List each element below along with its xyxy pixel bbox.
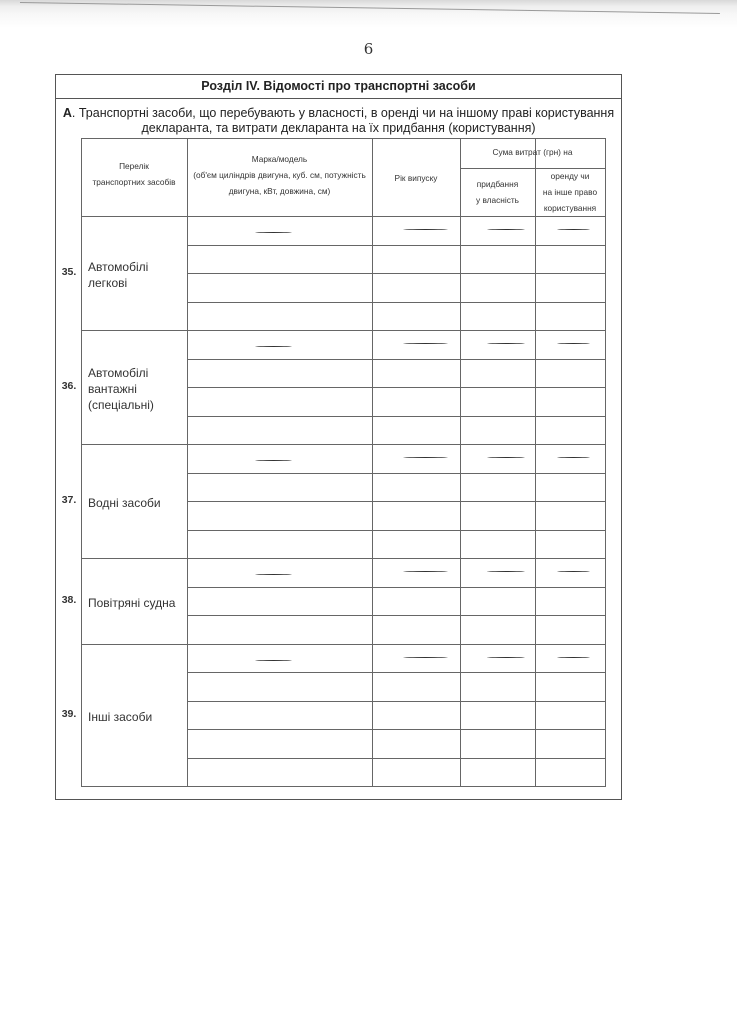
row-category-label: Інші засоби <box>88 709 186 725</box>
handwritten-dash <box>487 571 525 573</box>
handwritten-dash <box>557 657 590 659</box>
subsection-letter: А <box>63 106 72 120</box>
handwritten-dash <box>487 343 525 345</box>
handwritten-dash <box>557 571 590 573</box>
handwritten-dash <box>255 346 292 348</box>
row-divider <box>187 701 605 702</box>
header-expenses: Сума витрат (грн) на <box>460 144 605 160</box>
column-border <box>460 138 461 786</box>
row-category-label: Повітряні судна <box>88 595 186 611</box>
column-border <box>372 138 373 786</box>
row-divider <box>187 245 605 246</box>
header-bottom-border <box>81 216 605 217</box>
row-divider <box>187 387 605 388</box>
handwritten-dash <box>403 571 448 573</box>
handwritten-dash <box>255 660 292 662</box>
row-divider <box>187 501 605 502</box>
group-divider <box>81 558 605 559</box>
handwritten-dash <box>403 229 448 231</box>
row-divider <box>187 273 605 274</box>
header-vehicle-list: Переліктранспортних засобів <box>81 158 187 190</box>
row-number: 35. <box>58 266 80 278</box>
section-title: Розділ IV. Відомості про транспортні зас… <box>55 74 622 99</box>
handwritten-dash <box>403 657 448 659</box>
row-category-label: Автомобілівантажні(спеціальні) <box>88 365 186 413</box>
header-make-model: Марка/модель(об'єм циліндрів двигуна, ку… <box>187 151 372 199</box>
subsection-text-line1: . Транспортні засоби, що перебувають у в… <box>72 106 614 120</box>
header-purchase: придбанняу власність <box>460 176 535 208</box>
number-column-border <box>81 216 82 786</box>
column-border <box>605 138 606 786</box>
row-number: 36. <box>58 380 80 392</box>
handwritten-dash <box>255 232 292 234</box>
group-divider <box>81 644 605 645</box>
row-divider <box>187 672 605 673</box>
group-divider <box>81 444 605 445</box>
handwritten-dash <box>487 457 525 459</box>
row-divider <box>187 615 605 616</box>
group-divider <box>81 330 605 331</box>
row-category-label: Автомобілілегкові <box>88 259 186 291</box>
header-rent: оренду чина інше правокористування <box>535 168 605 216</box>
row-divider <box>187 302 605 303</box>
column-border <box>187 138 188 786</box>
header-year: Рік випуску <box>372 170 460 186</box>
handwritten-dash <box>487 229 525 231</box>
row-divider <box>187 530 605 531</box>
row-number: 39. <box>58 708 80 720</box>
handwritten-dash <box>557 343 590 345</box>
table-top-border <box>81 138 605 139</box>
column-border <box>535 138 536 786</box>
row-divider <box>187 473 605 474</box>
handwritten-dash <box>403 457 448 459</box>
row-number: 38. <box>58 594 80 606</box>
row-number: 37. <box>58 494 80 506</box>
table-bottom-border <box>81 786 606 787</box>
row-category-label: Водні засоби <box>88 495 186 511</box>
subsection-text-line2: декларанта, та витрати декларанта на їх … <box>55 121 622 136</box>
row-divider <box>187 416 605 417</box>
handwritten-dash <box>255 460 292 462</box>
row-divider <box>187 729 605 730</box>
handwritten-dash <box>557 457 590 459</box>
handwritten-dash <box>487 657 525 659</box>
handwritten-dash <box>557 229 590 231</box>
row-divider <box>187 758 605 759</box>
page-number: 6 <box>0 40 737 58</box>
subsection-heading: А. Транспортні засоби, що перебувають у … <box>55 106 622 136</box>
handwritten-dash <box>403 343 448 345</box>
handwritten-dash <box>255 574 292 576</box>
row-divider <box>187 587 605 588</box>
row-divider <box>187 359 605 360</box>
